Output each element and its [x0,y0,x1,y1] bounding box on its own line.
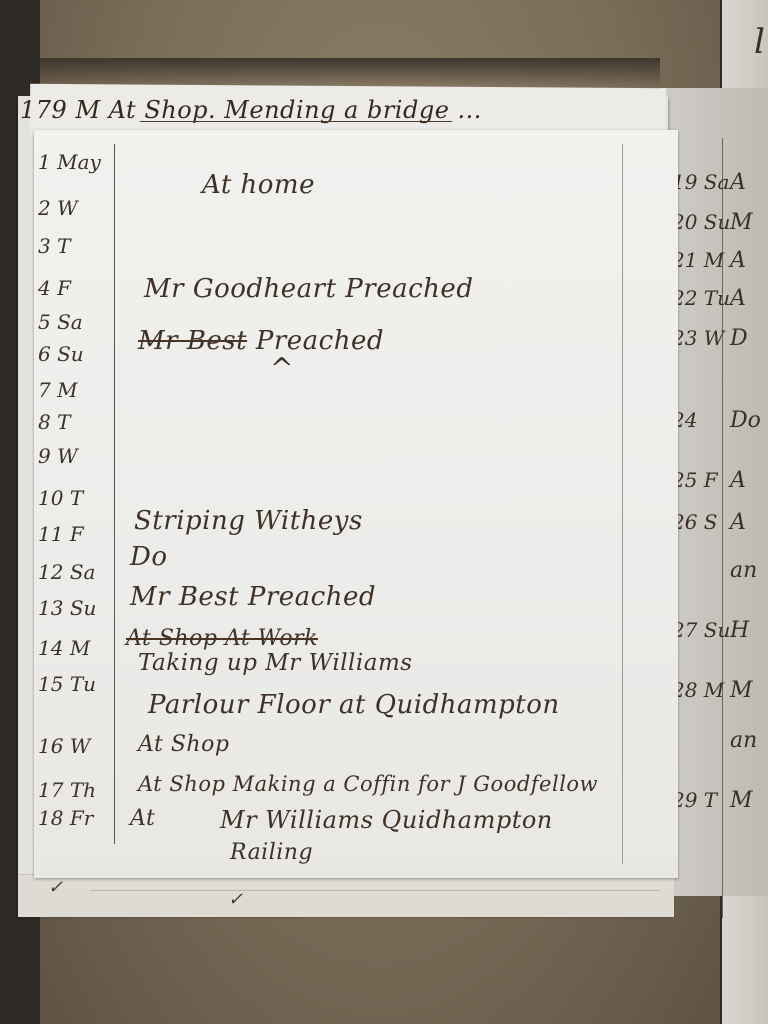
right-text: Do [730,408,761,433]
entry-ditto: Do [130,542,168,572]
day-label: 6 Su [38,342,84,366]
stack-line [90,890,660,891]
day-label: 11 F [38,522,84,546]
right-text: H [730,618,749,643]
tick-mark: ✓ [228,889,243,910]
entry-parlour-floor: Parlour Floor at Quidhampton [148,690,560,720]
entry-best-preached: Mr Best Preached [130,582,376,612]
tick-mark: ✓ [48,877,63,898]
entry-struck-best: Mr Best Preached [138,326,384,356]
right-date: 21 M [672,248,724,272]
day-label: 3 T [38,234,70,258]
entry-struck-at-shop: At Shop At Work [126,626,318,651]
right-date: 25 F [672,468,718,492]
right-text: A [730,248,746,273]
right-text: D [730,326,748,351]
page-stack-edge: ✓ ✓ [18,874,674,917]
day-label: 7 M [38,378,78,402]
top-strip-text: 179 M At Shop. Mending a bridge ... [20,96,482,124]
board-shadow [40,58,660,86]
right-text: M [730,788,753,813]
entry-at-home: At home [202,170,315,200]
diary-page: 1 May 2 W 3 T 4 F 5 Sa 6 Su 7 M 8 T 9 W … [34,130,678,878]
right-text: A [730,286,746,311]
right-date: 22 Tu [672,286,730,310]
right-text: M [730,210,753,235]
right-date: 27 Su [672,618,730,642]
entry-at-shop: At Shop [138,732,229,757]
entry-making-coffin: At Shop Making a Coffin for J Goodfellow [138,772,598,796]
entry-at: At [130,806,155,831]
day-label: 10 T [38,486,83,510]
day-label: 16 W [38,734,90,758]
entry-williams-quidhampton: Mr Williams Quidhampton [220,806,553,834]
right-date: 28 M [672,678,724,702]
right-text: an [730,728,757,753]
top-strip-underline [140,121,452,122]
entry-railing: Railing [230,840,313,865]
day-label: 14 M [38,636,90,660]
right-text: A [730,510,746,535]
day-label: 15 Tu [38,672,96,696]
struck-text: Mr Best [138,326,247,356]
day-label: 5 Sa [38,310,83,334]
right-date: 23 W [672,326,724,350]
top-strip-line: 179 M At Shop. Mending a bridge ... [20,96,482,124]
day-label: 1 May [38,150,101,174]
day-label: 2 W [38,196,78,220]
day-label: 8 T [38,410,70,434]
entry-goodheart-preached: Mr Goodheart Preached [144,274,473,304]
entry-taking-up: Taking up Mr Williams [138,650,413,676]
margin-rule [114,144,115,844]
right-date: 29 T [672,788,717,812]
day-label: 9 W [38,444,78,468]
insertion-caret-icon: ^ [270,352,293,385]
right-date: 19 Sa [672,170,729,194]
right-text: A [730,468,746,493]
day-label: 4 F [38,276,71,300]
right-text: an [730,558,757,583]
right-text: A [730,170,746,195]
entry-striping-witheys: Striping Witheys [134,506,363,536]
edge-glyph: l [754,22,765,62]
day-label: 13 Su [38,596,96,620]
day-label: 18 Fr [38,806,93,830]
right-date: 26 S [672,510,718,534]
right-text: M [730,678,753,703]
day-label: 17 Th [38,778,96,802]
day-label: 12 Sa [38,560,95,584]
right-date: 20 Su [672,210,730,234]
right-margin-rule [622,144,623,864]
